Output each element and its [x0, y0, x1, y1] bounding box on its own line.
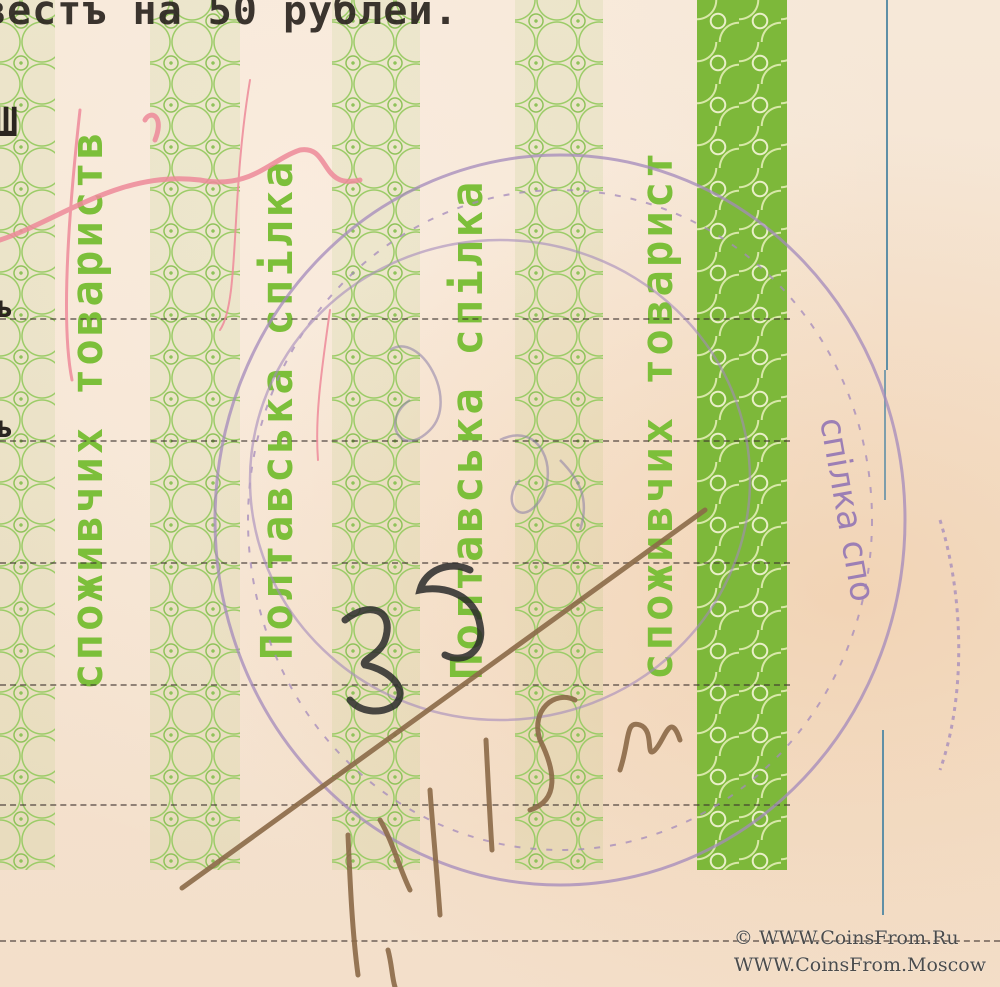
pink-handwriting — [0, 80, 360, 460]
brown-handwriting — [182, 510, 705, 987]
watermark: © WWW.CoinsFrom.Ru WWW.CoinsFrom.Moscow — [734, 925, 986, 979]
watermark-line-2: WWW.CoinsFrom.Moscow — [734, 952, 986, 979]
watermark-line-1: © WWW.CoinsFrom.Ru — [734, 925, 986, 952]
stamp-signature — [390, 346, 584, 530]
ink-overlay: спілка спо — [0, 0, 1000, 987]
stamp-text: спілка спо — [811, 415, 883, 605]
